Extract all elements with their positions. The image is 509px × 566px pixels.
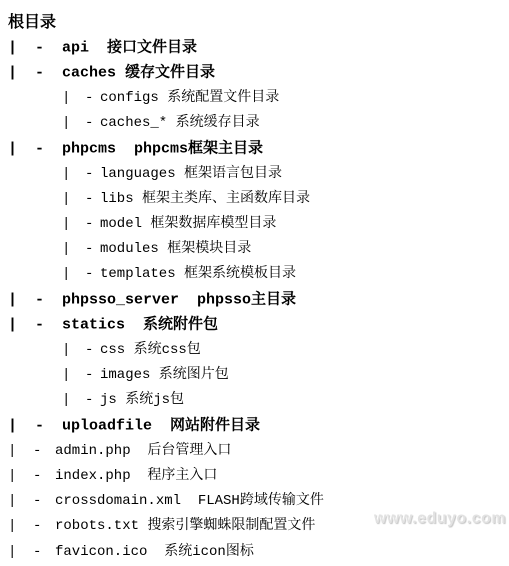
tree-row-modules: | - modules 框架模块目录 [0, 237, 509, 262]
tree-row-label: caches_* 系统缓存目录 [100, 116, 260, 130]
tree-row-api: | - api 接口文件目录 [0, 35, 509, 60]
tree-branch-pipe-glyph: | [8, 494, 16, 508]
tree-branch-pipe-glyph: | [62, 393, 70, 407]
tree-branch-pipe-glyph: | [8, 292, 17, 307]
tree-branch-pipe-glyph: | [8, 519, 16, 533]
tree-branch-pipe-glyph: | [62, 116, 70, 130]
tree-row-caches: | - caches 缓存文件目录 [0, 60, 509, 85]
tree-branch-dash-glyph: - [35, 65, 44, 80]
tree-row-phpcms: | - phpcms phpcms框架主目录 [0, 136, 509, 161]
tree-row-model: | - model 框架数据库模型目录 [0, 212, 509, 237]
tree-branch-dash-glyph: - [33, 469, 41, 483]
tree-row-configs: | - configs 系统配置文件目录 [0, 86, 509, 111]
tree-branch-dash-glyph: - [85, 167, 93, 181]
tree-branch-pipe-glyph: | [62, 192, 70, 206]
tree-branch-pipe-glyph: | [8, 444, 16, 458]
directory-structure-document: | - 根目录 | - api 接口文件目录 | - caches 缓存文件目录… [0, 0, 509, 566]
tree-row-label: admin.php 后台管理入口 [55, 444, 231, 458]
tree-branch-pipe-glyph: | [8, 40, 17, 55]
tree-branch-dash-glyph: - [35, 292, 44, 307]
tree-row-images: | - images 系统图片包 [0, 363, 509, 388]
tree-row-label: js 系统js包 [100, 393, 184, 407]
tree-row-label: phpcms phpcms框架主目录 [62, 141, 263, 156]
tree-row-label: api 接口文件目录 [62, 40, 197, 55]
tree-row-label: configs 系统配置文件目录 [100, 91, 279, 105]
tree-branch-pipe-glyph: | [62, 368, 70, 382]
tree-branch-pipe-glyph: | [62, 217, 70, 231]
tree-branch-dash-glyph: - [85, 192, 93, 206]
tree-row-uploadfile: | - uploadfile 网站附件目录 [0, 413, 509, 438]
tree-row-label: model 框架数据库模型目录 [100, 217, 276, 231]
tree-row-label: languages 框架语言包目录 [100, 167, 282, 181]
tree-row-root: | - 根目录 [0, 10, 509, 35]
tree-branch-pipe-glyph: | [8, 545, 16, 559]
tree-branch-dash-glyph: - [33, 519, 41, 533]
tree-branch-pipe-glyph: | [8, 418, 17, 433]
tree-row-label: images 系统图片包 [100, 368, 229, 382]
tree-branch-dash-glyph: - [85, 343, 93, 357]
tree-row-label: phpsso_server phpsso主目录 [62, 292, 296, 307]
tree-branch-dash-glyph: - [85, 217, 93, 231]
tree-branch-dash-glyph: - [35, 418, 44, 433]
tree-row-admin.php: | - admin.php 后台管理入口 [0, 438, 509, 463]
tree-branch-dash-glyph: - [33, 494, 41, 508]
tree-row-label: robots.txt 搜索引擎蜘蛛限制配置文件 [55, 519, 315, 533]
tree-row-label: crossdomain.xml FLASH跨域传输文件 [55, 494, 324, 508]
tree-branch-pipe-glyph: | [8, 469, 16, 483]
tree-branch-dash-glyph: - [35, 141, 44, 156]
tree-row-label: 根目录 [8, 15, 56, 31]
tree-row-label: favicon.ico 系统icon图标 [55, 545, 254, 559]
tree-branch-pipe-glyph: | [8, 65, 17, 80]
tree-row-label: modules 框架模块目录 [100, 242, 251, 256]
tree-row-phpsso_server: | - phpsso_server phpsso主目录 [0, 287, 509, 312]
tree-row-statics: | - statics 系统附件包 [0, 312, 509, 337]
tree-row-label: caches 缓存文件目录 [62, 65, 215, 80]
tree-row-libs: | - libs 框架主类库、主函数库目录 [0, 186, 509, 211]
tree-row-css: | - css 系统css包 [0, 337, 509, 362]
tree-branch-dash-glyph: - [85, 393, 93, 407]
tree-branch-dash-glyph: - [85, 91, 93, 105]
tree-row-templates: | - templates 框架系统模板目录 [0, 262, 509, 287]
tree-branch-dash-glyph: - [85, 242, 93, 256]
tree-branch-pipe-glyph: | [62, 343, 70, 357]
tree-row-index.php: | - index.php 程序主入口 [0, 463, 509, 488]
tree-row-label: css 系统css包 [100, 343, 201, 357]
tree-branch-pipe-glyph: | [62, 267, 70, 281]
tree-branch-dash-glyph: - [85, 368, 93, 382]
watermark: www.eduyo.com [374, 510, 506, 528]
tree-row-js: | - js 系统js包 [0, 388, 509, 413]
tree-branch-dash-glyph: - [35, 317, 44, 332]
tree-branch-pipe-glyph: | [62, 91, 70, 105]
tree-branch-pipe-glyph: | [62, 242, 70, 256]
directory-tree: | - 根目录 | - api 接口文件目录 | - caches 缓存文件目录… [0, 10, 509, 564]
tree-row-favicon.ico: | - favicon.ico 系统icon图标 [0, 539, 509, 564]
tree-row-label: statics 系统附件包 [62, 317, 218, 332]
tree-branch-pipe-glyph: | [8, 317, 17, 332]
tree-row-label: index.php 程序主入口 [55, 469, 217, 483]
tree-branch-dash-glyph: - [33, 545, 41, 559]
tree-row-label: uploadfile 网站附件目录 [62, 418, 260, 433]
tree-row-languages: | - languages 框架语言包目录 [0, 161, 509, 186]
tree-row-label: libs 框架主类库、主函数库目录 [100, 192, 310, 206]
tree-branch-dash-glyph: - [33, 444, 41, 458]
tree-branch-pipe-glyph: | [62, 167, 70, 181]
tree-row-caches_*: | - caches_* 系统缓存目录 [0, 111, 509, 136]
tree-branch-dash-glyph: - [85, 116, 93, 130]
tree-branch-dash-glyph: - [85, 267, 93, 281]
tree-branch-pipe-glyph: | [8, 141, 17, 156]
tree-row-label: templates 框架系统模板目录 [100, 267, 296, 281]
tree-branch-dash-glyph: - [35, 40, 44, 55]
